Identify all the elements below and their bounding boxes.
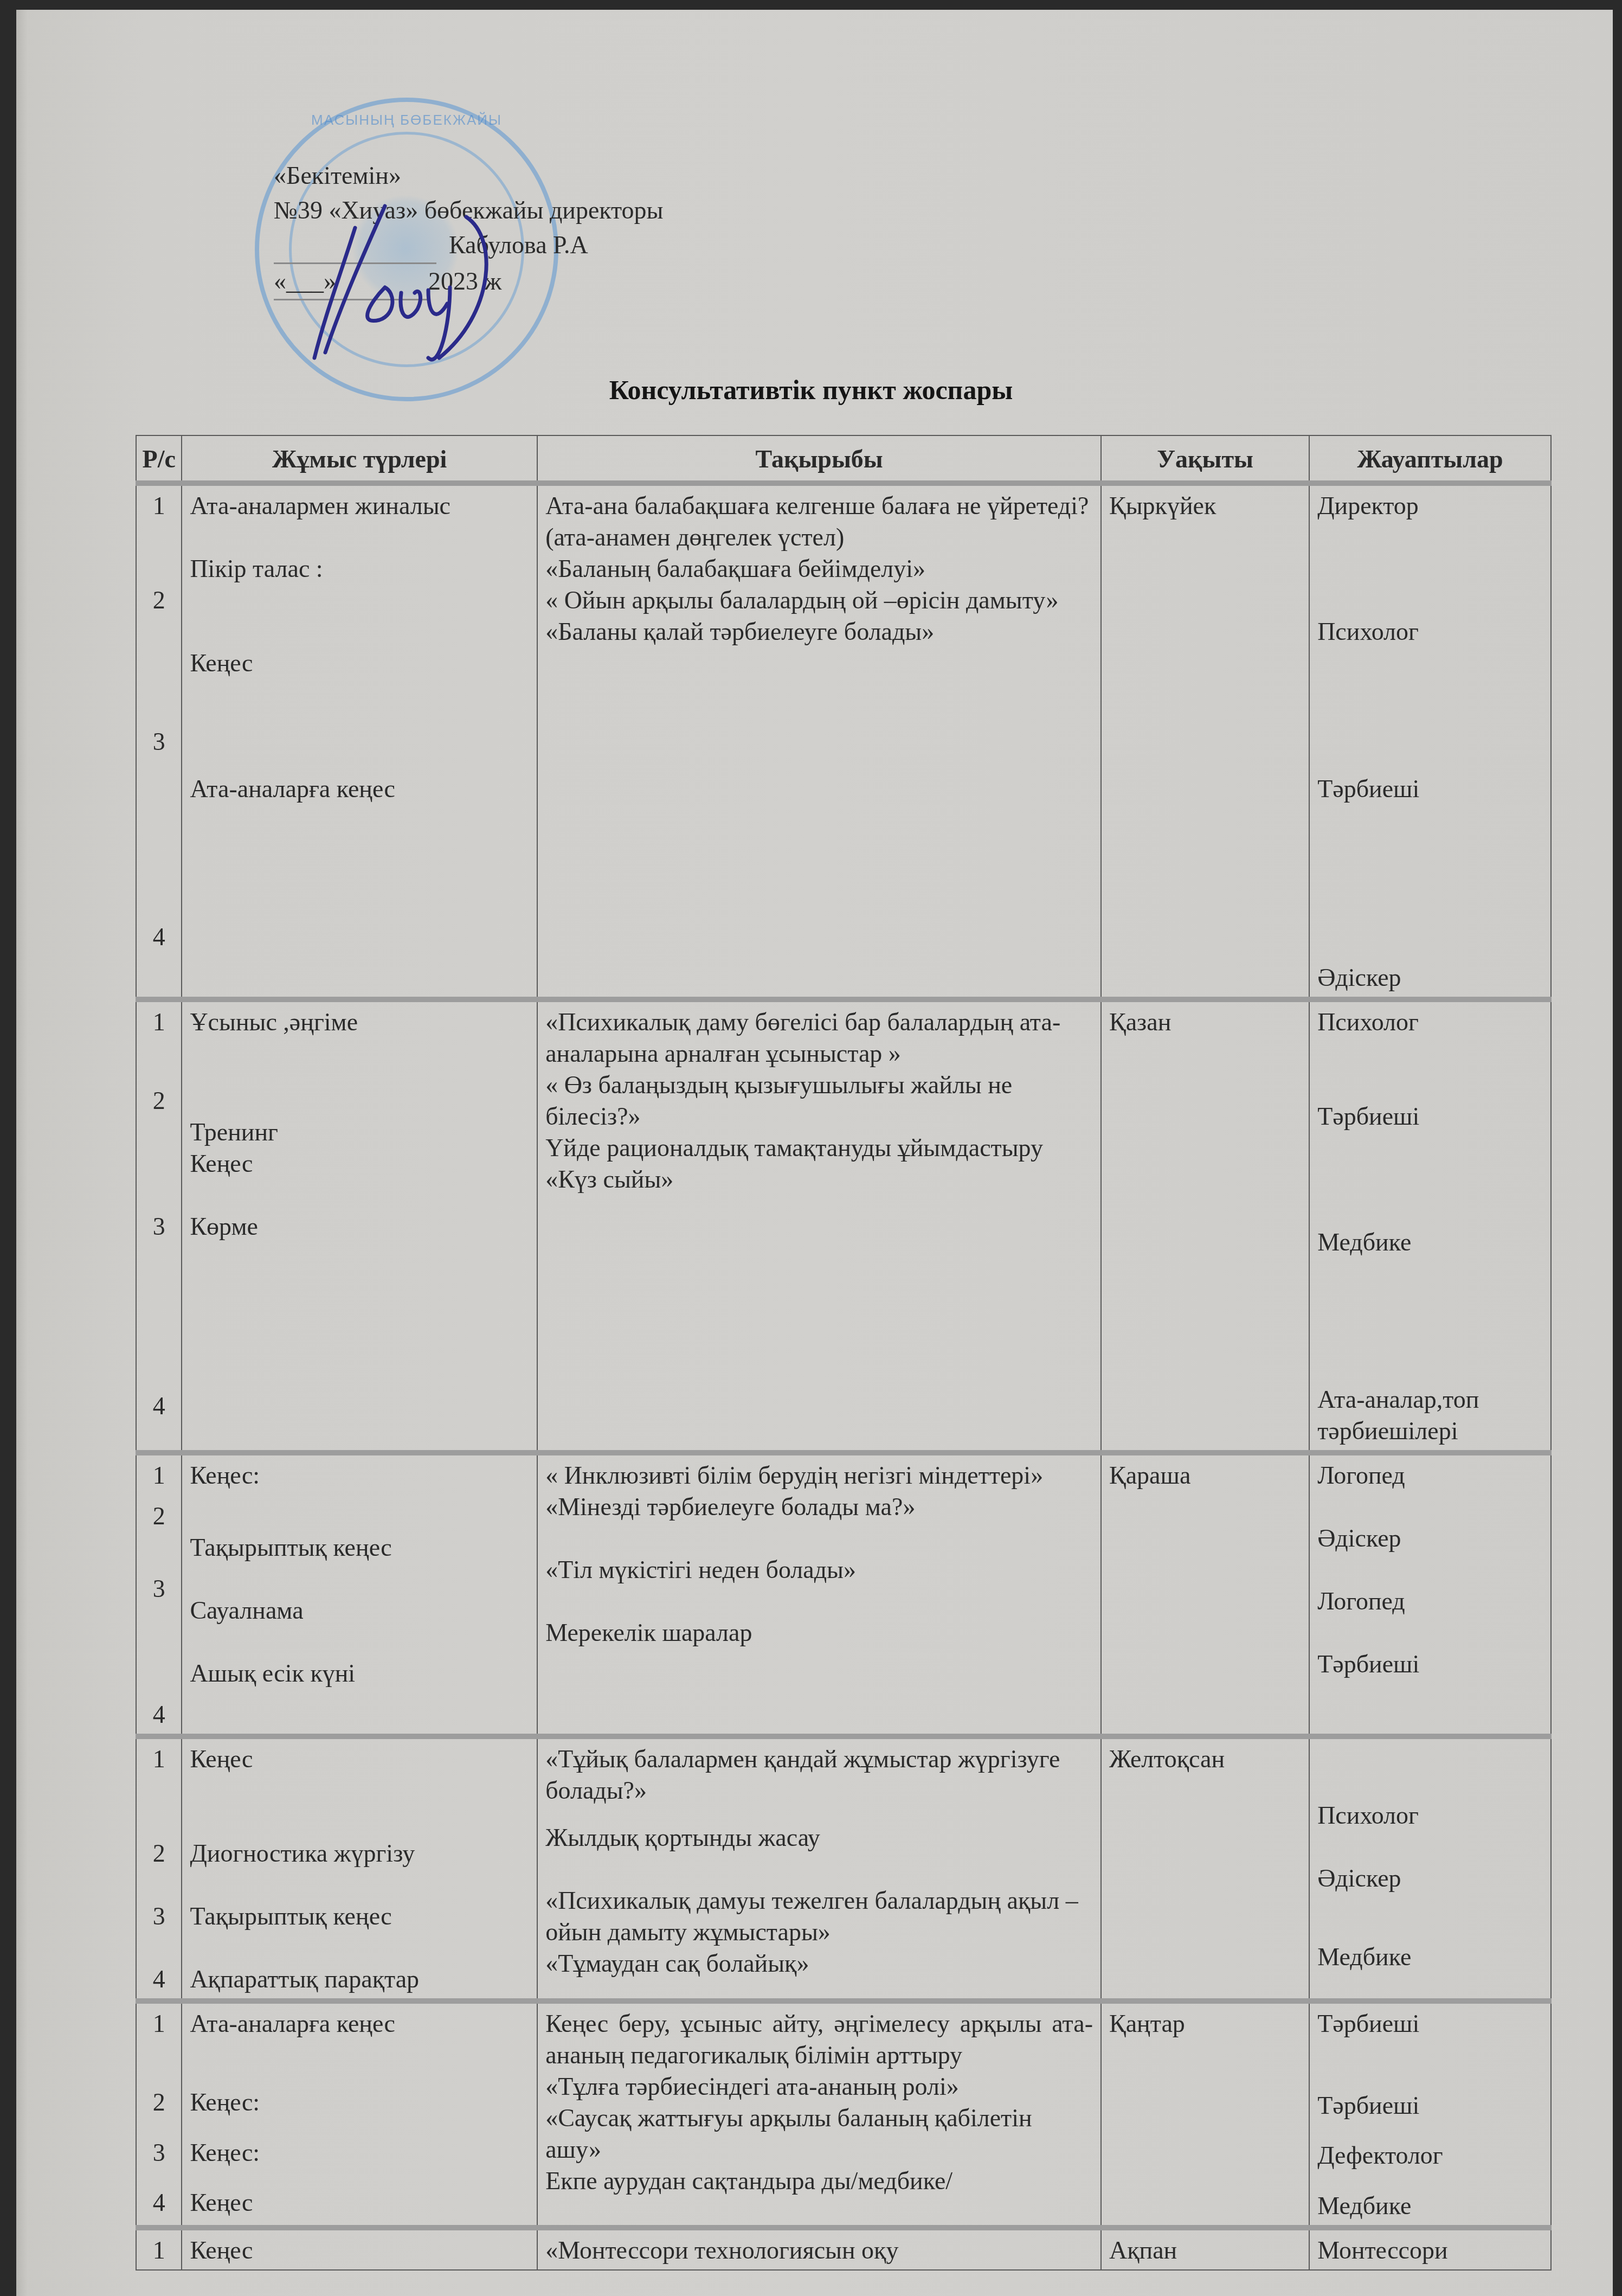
month-label: Қараша	[1109, 1461, 1190, 1489]
cell-responsible: ЛогопедӘдіскерЛогопедТәрбиеші	[1309, 1453, 1551, 1736]
cell-responsible: Монтессори	[1309, 2228, 1551, 2270]
cell-month: Қаңтар	[1101, 2001, 1309, 2228]
paper-edge	[16, 10, 28, 2296]
table-row: 1234Кеңес:Тақырыптық кеңесСауалнамаАшық …	[136, 1453, 1551, 1736]
cell-responsible-item: Психолог	[1317, 1006, 1543, 1038]
cell-month: Қыркүйек	[1101, 483, 1309, 999]
month-label: Желтоқсан	[1109, 1745, 1225, 1773]
month-label: Қаңтар	[1109, 2010, 1185, 2037]
cell-topic-item: « Ойын арқылы балалардың ой –өрісін дамы…	[545, 585, 1093, 616]
cell-responsible-item: Әдіскер	[1317, 1523, 1543, 1554]
cell-work-type-item: Ашық есік күні	[190, 1658, 529, 1689]
cell-topic-item: «Мінезді тәрбиелеуге болады ма?»	[545, 1491, 1093, 1523]
cell-work-type-item: Көрме	[190, 1211, 529, 1242]
cell-responsible-item: Медбике	[1317, 1227, 1543, 1258]
cell-topic-item: «Психикалық даму бөгелісі бар балалардың…	[545, 1006, 1093, 1069]
cell-number-item: 1	[144, 1743, 173, 1775]
cell-number: 1234	[136, 999, 182, 1453]
signature-icon	[304, 195, 537, 369]
cell-responsible-item: Психолог	[1317, 1800, 1543, 1831]
cell-work-type-item: Кеңес:	[190, 1460, 529, 1491]
cell-responsible: ПсихологӘдіскерМедбике	[1309, 1736, 1551, 2001]
cell-month: Қараша	[1101, 1453, 1309, 1736]
cell-responsible-item: Медбике	[1317, 1941, 1543, 1973]
cell-work-type: Ұсыныс ,әңгімеТренингКеңесКөрме	[182, 999, 537, 1453]
table-row: 1234КеңесДиогностика жүргізуТақырыптық к…	[136, 1736, 1551, 2001]
cell-work-type: Ата-аналарға кеңесКеңес:Кеңес:Кеңес	[182, 2001, 537, 2228]
cell-topic-item: «Монтессори технологиясын оқу	[545, 2235, 1093, 2266]
cell-topic: Кеңес беру, ұсыныс айту, әңгімелесу арқы…	[537, 2001, 1101, 2228]
cell-month: Ақпан	[1101, 2228, 1309, 2270]
cell-work-type-item: Ақпараттық парақтар	[190, 1964, 529, 1995]
month-label: Ақпан	[1109, 2236, 1177, 2264]
cell-topic-item: « Инклюзивті білім берудің негізгі мінде…	[545, 1460, 1093, 1491]
cell-topic: « Инклюзивті білім берудің негізгі мінде…	[537, 1453, 1101, 1736]
cell-responsible-item: Әдіскер	[1317, 962, 1543, 993]
cell-number: 1	[136, 2228, 182, 2270]
cell-number: 1234	[136, 1453, 182, 1736]
cell-number-item: 1	[144, 2235, 173, 2266]
cell-work-type-item: Кеңес:	[190, 2087, 529, 2118]
cell-topic-item: «Баланың балабақшаға бейімделуі»	[545, 553, 1093, 585]
cell-work-type-item: Ата-аналармен жиналыс	[190, 490, 529, 522]
table-header-row: Р/с Жұмыс түрлері Тақырыбы Уақыты Жауапт…	[136, 435, 1551, 483]
cell-responsible: ДиректорПсихологТәрбиешіӘдіскер	[1309, 483, 1551, 999]
cell-number: 1234	[136, 2001, 182, 2228]
cell-number: 1234	[136, 483, 182, 999]
cell-work-type-item: Диогностика жүргізу	[190, 1838, 529, 1869]
header-responsible: Жауаптылар	[1309, 435, 1551, 483]
cell-responsible-item: Тәрбиеші	[1317, 1649, 1543, 1680]
cell-topic-item: «Саусақ жаттығуы арқылы баланың қабілеті…	[545, 2102, 1093, 2165]
table-row: 1Кеңес«Монтессори технологиясын оқуАқпан…	[136, 2228, 1551, 2270]
cell-number-item: 4	[144, 921, 173, 953]
table-row: 1234Ұсыныс ,әңгімеТренингКеңесКөрме«Псих…	[136, 999, 1551, 1453]
cell-number-item: 3	[144, 1573, 173, 1605]
cell-work-type-item: Тақырыптық кеңес	[190, 1532, 529, 1563]
cell-number-item: 2	[144, 585, 173, 616]
header-topic: Тақырыбы	[537, 435, 1101, 483]
header-work-type: Жұмыс түрлері	[182, 435, 537, 483]
cell-responsible-item: Тәрбиеші	[1317, 2090, 1543, 2121]
cell-work-type: Кеңес:Тақырыптық кеңесСауалнамаАшық есік…	[182, 1453, 537, 1736]
cell-number-item: 4	[144, 2187, 173, 2218]
cell-topic-item: Ата-ана балабақшаға келгенше балаға не ү…	[545, 490, 1093, 553]
cell-topic-item: «Баланы қалай тәрбиелеуге болады»	[545, 616, 1093, 647]
cell-month: Желтоқсан	[1101, 1736, 1309, 2001]
header-number: Р/с	[136, 435, 182, 483]
cell-number-item: 2	[144, 1085, 173, 1117]
cell-work-type-item: Кеңес	[190, 647, 529, 679]
cell-topic-item: «Психикалық дамуы тежелген балалардың ақ…	[545, 1885, 1093, 1948]
cell-responsible-item: Әдіскер	[1317, 1863, 1543, 1894]
cell-number-item: 3	[144, 1901, 173, 1932]
consultation-plan-table: Р/с Жұмыс түрлері Тақырыбы Уақыты Жауапт…	[136, 435, 1552, 2271]
cell-month: Қазан	[1101, 999, 1309, 1453]
cell-topic: «Монтессори технологиясын оқу	[537, 2228, 1101, 2270]
cell-topic-item: «Тұлға тәрбиесіндегі ата-ананың ролі»	[545, 2071, 1093, 2102]
cell-work-type-item: Ұсыныс ,әңгіме	[190, 1006, 529, 1038]
cell-work-type-item: Кеңес	[190, 2187, 529, 2218]
cell-number-item: 1	[144, 2008, 173, 2040]
month-label: Қазан	[1109, 1008, 1171, 1036]
cell-number-item: 1	[144, 1460, 173, 1491]
cell-topic-item: Жылдық қортынды жасау	[545, 1822, 1093, 1854]
cell-topic-item: Үйде рационалдық тамақтануды ұйымдастыру	[545, 1132, 1093, 1164]
cell-topic-item: «Күз сыйы»	[545, 1164, 1093, 1195]
cell-work-type-item: Ата-аналарға кеңес	[190, 773, 529, 805]
cell-number-item: 3	[144, 726, 173, 758]
cell-work-type-item: Кеңес	[190, 2235, 529, 2266]
cell-number-item: 4	[144, 1390, 173, 1422]
cell-number-item: 2	[144, 2087, 173, 2118]
cell-work-type-item: Сауалнама	[190, 1595, 529, 1626]
cell-work-type-item: Кеңес	[190, 1743, 529, 1775]
cell-work-type: Ата-аналармен жиналысПікір талас :КеңесА…	[182, 483, 537, 999]
cell-responsible: ТәрбиешіТәрбиешіДефектологМедбике	[1309, 2001, 1551, 2228]
approval-heading: «Бекітемін»	[274, 158, 663, 193]
cell-responsible-item: Медбике	[1317, 2190, 1543, 2222]
cell-responsible: ПсихологТәрбиешіМедбикеАта-аналар,топ тә…	[1309, 999, 1551, 1453]
table-body: 1234Ата-аналармен жиналысПікір талас :Ке…	[136, 483, 1551, 2270]
cell-work-type-item: Пікір талас :	[190, 553, 529, 585]
cell-number-item: 1	[144, 1006, 173, 1038]
cell-topic-item: Екпе аурудан сақтандыра ды/медбике/	[545, 2165, 1093, 2197]
stamp-text: МАСЫНЫҢ БӨБЕКЖАЙЫ	[259, 112, 554, 129]
cell-topic-item: Кеңес беру, ұсыныс айту, әңгімелесу арқы…	[545, 2008, 1093, 2071]
cell-number-item: 3	[144, 1211, 173, 1242]
cell-number-item: 3	[144, 2137, 173, 2169]
cell-responsible-item: Логопед	[1317, 1586, 1543, 1617]
cell-number-item: 1	[144, 490, 173, 522]
cell-topic-item: « Өз балаңыздың қызығушылығы жайлы не бі…	[545, 1069, 1093, 1132]
cell-work-type: КеңесДиогностика жүргізуТақырыптық кеңес…	[182, 1736, 537, 2001]
cell-work-type-item: Тренинг	[190, 1117, 529, 1148]
cell-work-type-item: Кеңес:	[190, 2137, 529, 2169]
cell-topic-item: Мерекелік шаралар	[545, 1617, 1093, 1649]
cell-number-item: 2	[144, 1500, 173, 1532]
cell-topic: Ата-ана балабақшаға келгенше балаға не ү…	[537, 483, 1101, 999]
cell-topic: «Психикалық даму бөгелісі бар балалардың…	[537, 999, 1101, 1453]
cell-responsible-item: Психолог	[1317, 616, 1543, 647]
cell-number: 1234	[136, 1736, 182, 2001]
cell-number-item: 2	[144, 1838, 173, 1869]
table-row: 1234Ата-аналарға кеңесКеңес:Кеңес:КеңесК…	[136, 2001, 1551, 2228]
cell-responsible-item: Тәрбиеші	[1317, 773, 1543, 805]
header-time: Уақыты	[1101, 435, 1309, 483]
cell-work-type-item: Ата-аналарға кеңес	[190, 2008, 529, 2040]
cell-responsible-item: Директор	[1317, 490, 1543, 522]
month-label: Қыркүйек	[1109, 492, 1216, 520]
cell-topic: «Тұйық балалармен қандай жұмыстар жүргіз…	[537, 1736, 1101, 2001]
page-title: Консультативтік пункт жоспары	[0, 374, 1622, 406]
cell-work-type: Кеңес	[182, 2228, 537, 2270]
cell-responsible-item: Тәрбиеші	[1317, 1101, 1543, 1132]
cell-responsible-item: Дефектолог	[1317, 2140, 1543, 2171]
cell-responsible-item: Ата-аналар,топ тәрбиешілері	[1317, 1384, 1543, 1447]
cell-topic-item: «Тұмаудан сақ болайық»	[545, 1948, 1093, 1979]
table-row: 1234Ата-аналармен жиналысПікір талас :Ке…	[136, 483, 1551, 999]
cell-number-item: 4	[144, 1699, 173, 1730]
cell-work-type-item: Кеңес	[190, 1148, 529, 1179]
cell-work-type-item: Тақырыптық кеңес	[190, 1901, 529, 1932]
cell-number-item: 4	[144, 1964, 173, 1995]
cell-topic-item: «Тұйық балалармен қандай жұмыстар жүргіз…	[545, 1743, 1093, 1806]
cell-responsible-item: Тәрбиеші	[1317, 2008, 1543, 2040]
cell-responsible-item: Логопед	[1317, 1460, 1543, 1491]
cell-responsible-item: Монтессори	[1317, 2235, 1543, 2266]
cell-topic-item: «Тіл мүкістігі неден болады»	[545, 1554, 1093, 1586]
